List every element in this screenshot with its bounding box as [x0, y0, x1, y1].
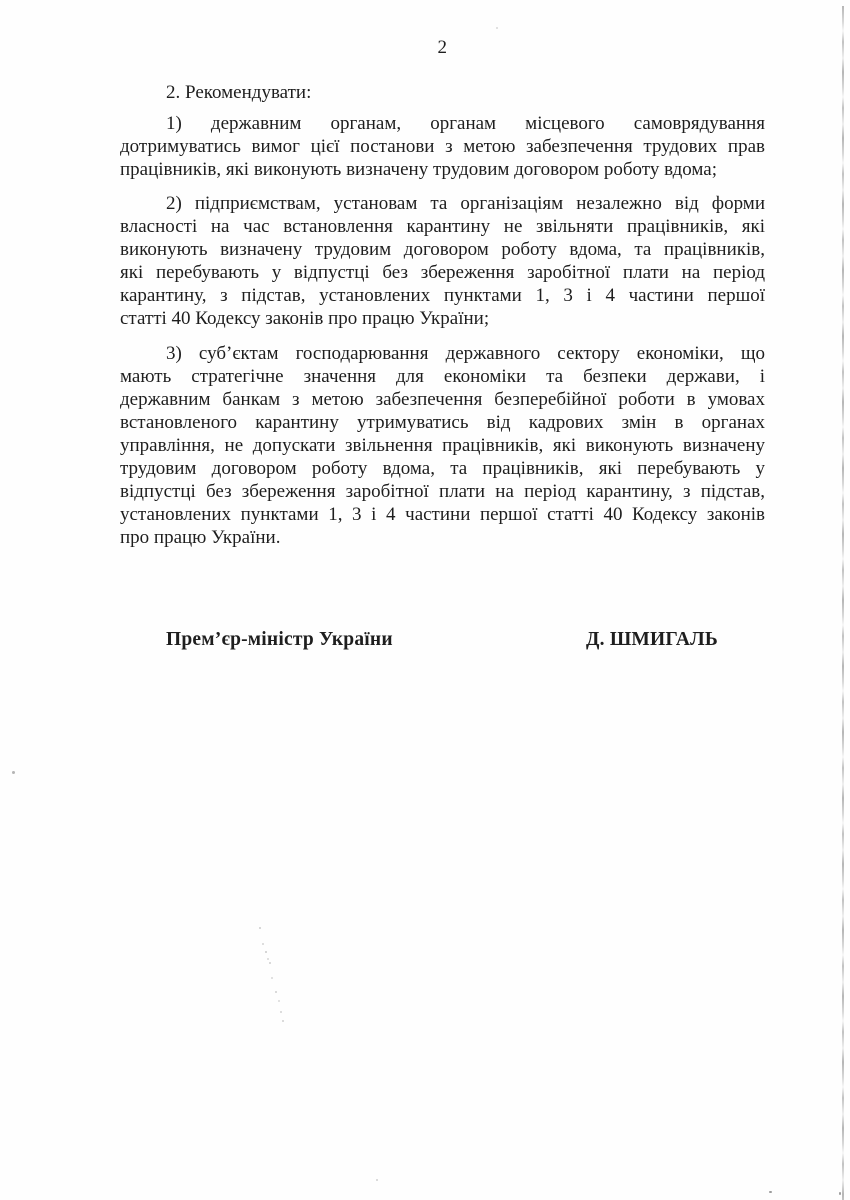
scan-speck [769, 1191, 772, 1193]
scan-speck [376, 1179, 378, 1181]
text-line: 1) державним органам, органам місцевого … [120, 112, 765, 135]
signature-title: Прем’єр-міністр України [166, 628, 393, 651]
text-line: дотримуватись вимог цієї постанови з мет… [120, 135, 765, 158]
paragraph-recommendation-2: 2) підприємствам, установам та організац… [120, 192, 765, 330]
paragraph-recommendation-3: 3) суб’єктам господарювання державного с… [120, 342, 765, 549]
section-heading: 2. Рекомендувати: [120, 81, 765, 104]
text-line: установлених пунктами 1, 3 і 4 частини п… [120, 503, 765, 526]
text-line: мають стратегічне значення для економіки… [120, 365, 765, 388]
text-line: власності на час встановлення карантину … [120, 215, 765, 238]
paragraph-recommendation-1: 1) державним органам, органам місцевого … [120, 112, 765, 181]
scan-speck [12, 771, 15, 774]
text-line: трудовим договором роботу вдома, та прац… [120, 457, 765, 480]
text-line: статті 40 Кодексу законів про працю Укра… [120, 307, 765, 330]
signature-name: Д. ШМИГАЛЬ [586, 628, 718, 651]
text-line: встановленого карантину утримуватись від… [120, 411, 765, 434]
scan-speck-cluster [259, 927, 261, 929]
text-line: управління, не допускати звільнення прац… [120, 434, 765, 457]
scan-speck [839, 1192, 841, 1195]
text-line: виконують визначену трудовим договором р… [120, 238, 765, 261]
text-line: 3) суб’єктам господарювання державного с… [120, 342, 765, 365]
page-content: 2 2. Рекомендувати: 1) державним органам… [120, 0, 765, 651]
page-number: 2 [120, 36, 765, 60]
text-line: які перебувають у відпустці без збережен… [120, 261, 765, 284]
signature-block: Прем’єр-міністр України Д. ШМИГАЛЬ [120, 628, 765, 651]
text-line: державним банкам з метою забезпечення бе… [120, 388, 765, 411]
text-line: працівників, які виконують визначену тру… [120, 158, 765, 181]
text-line: про працю України. [120, 526, 765, 549]
text-line: відпустці без збереження заробітної плат… [120, 480, 765, 503]
scanned-document-page: 2 2. Рекомендувати: 1) державним органам… [0, 0, 850, 1200]
text-line: 2) підприємствам, установам та організац… [120, 192, 765, 215]
text-line: карантину, з підстав, установлених пункт… [120, 284, 765, 307]
scan-edge-line [842, 6, 844, 1200]
